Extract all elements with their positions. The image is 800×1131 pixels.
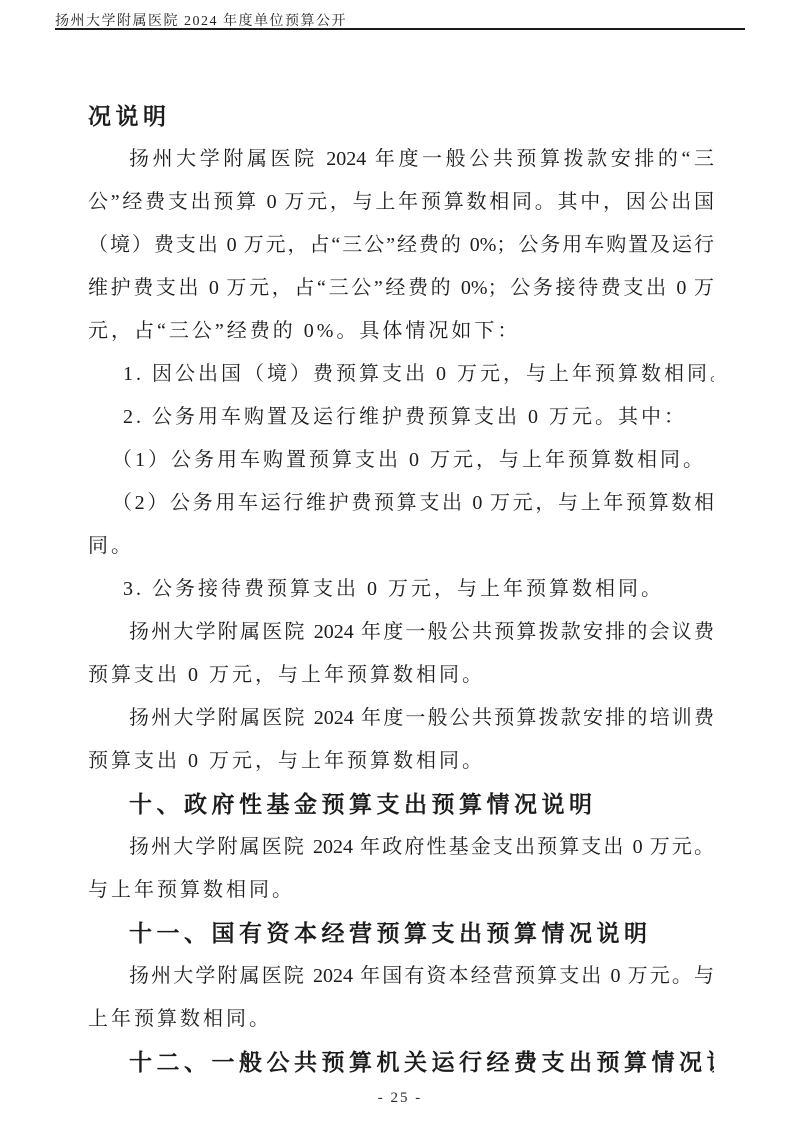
page-number: - 25 -	[0, 1090, 800, 1107]
document-body: 况说明扬州大学附属医院 2024 年度一般公共预算拨款安排的“三公”经费支出预算…	[88, 95, 714, 1084]
text-line: 预算支出 0 万元，与上年预算数相同。	[88, 740, 714, 783]
header-rule-line	[55, 28, 745, 30]
section-heading: 十二、一般公共预算机关运行经费支出预算情况说明	[88, 1041, 714, 1084]
text-line: 扬州大学附属医院 2024 年度一般公共预算拨款安排的“三	[88, 138, 714, 181]
section-heading: 十、政府性基金预算支出预算情况说明	[88, 783, 714, 826]
text-line: （1）公务用车购置预算支出 0 万元，与上年预算数相同。	[88, 439, 714, 482]
section-heading: 十一、国有资本经营预算支出预算情况说明	[88, 912, 714, 955]
text-line: 上年预算数相同。	[88, 998, 714, 1041]
section-heading: 况说明	[88, 95, 714, 138]
text-line: 与上年预算数相同。	[88, 869, 714, 912]
text-line: （境）费支出 0 万元，占“三公”经费的 0%；公务用车购置及运行	[88, 224, 714, 267]
text-line: 公”经费支出预算 0 万元，与上年预算数相同。其中，因公出国	[88, 181, 714, 224]
text-line: 同。	[88, 525, 714, 568]
text-line: 扬州大学附属医院 2024 年国有资本经营预算支出 0 万元。与	[88, 955, 714, 998]
text-line: 元，占“三公”经费的 0%。具体情况如下：	[88, 310, 714, 353]
text-line: 扬州大学附属医院 2024 年度一般公共预算拨款安排的会议费	[88, 611, 714, 654]
text-line: （2）公务用车运行维护费预算支出 0 万元，与上年预算数相	[88, 482, 714, 525]
running-header: 扬州大学附属医院 2024 年度单位预算公开	[55, 10, 745, 30]
text-line: 1. 因公出国（境）费预算支出 0 万元，与上年预算数相同。	[88, 353, 714, 396]
text-line: 预算支出 0 万元，与上年预算数相同。	[88, 654, 714, 697]
text-line: 2. 公务用车购置及运行维护费预算支出 0 万元。其中：	[88, 396, 714, 439]
text-line: 维护费支出 0 万元，占“三公”经费的 0%；公务接待费支出 0 万	[88, 267, 714, 310]
text-line: 扬州大学附属医院 2024 年度一般公共预算拨款安排的培训费	[88, 697, 714, 740]
document-page: 扬州大学附属医院 2024 年度单位预算公开 况说明扬州大学附属医院 2024 …	[0, 0, 800, 1131]
text-line: 3. 公务接待费预算支出 0 万元，与上年预算数相同。	[88, 568, 714, 611]
text-line: 扬州大学附属医院 2024 年政府性基金支出预算支出 0 万元。	[88, 826, 714, 869]
